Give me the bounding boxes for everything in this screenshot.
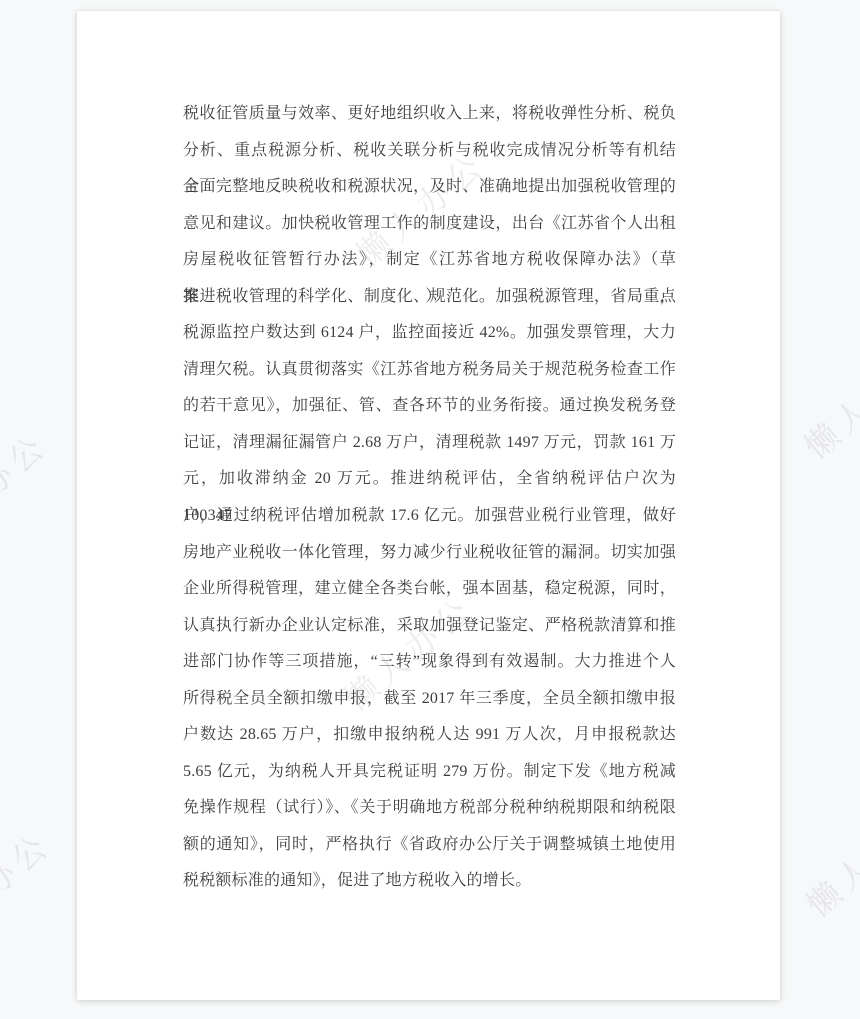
watermark-text: 懒人办公 [0,820,60,956]
text-line: 分析、重点税源分析、税收关联分析与税收完成情况分析等有机结合， [183,133,676,170]
text-line: 进部门协作等三项措施，“三转”现象得到有效遏制。大力推进个人 [183,644,676,681]
text-line: 意见和建议。加快税收管理工作的制度建设，出台《江苏省个人出租 [183,206,676,243]
text-line: 额的通知》，同时，严格执行《省政府办公厅关于调整城镇土地使用 [183,827,676,864]
text-line: 免操作规程（试行）》、《关于明确地方税部分税种纳税期限和纳税限 [183,790,676,827]
text-line: 户数达 28.65 万户，扣缴申报纳税人达 991 万人次，月申报税款达 [183,717,676,754]
text-line: 的若干意见》，加强征、管、查各环节的业务衔接。通过换发税务登 [183,388,676,425]
text-line: 全面完整地反映税收和税源状况，及时、准确地提出加强税收管理的 [183,169,676,206]
text-line: 户，通过纳税评估增加税款 17.6 亿元。加强营业税行业管理，做好 [183,498,676,535]
text-line: 所得税全员全额扣缴申报，截至 2017 年三季度，全员全额扣缴申报 [183,681,676,718]
text-line: 房地产业税收一体化管理，努力减少行业税收征管的漏洞。切实加强 [183,535,676,572]
document-page: 税收征管质量与效率、更好地组织收入上来，将税收弹性分析、税负分析、重点税源分析、… [77,11,780,1000]
text-line: 清理欠税。认真贯彻落实《江苏省地方税务局关于规范税务检查工作 [183,352,676,389]
text-line: 认真执行新办企业认定标准，采取加强登记鉴定、严格税款清算和推 [183,608,676,645]
text-line: 元，加收滞纳金 20 万元。推进纳税评估，全省纳税评估户次为 100347 [183,461,676,498]
text-line: 5.65 亿元，为纳税人开具完税证明 279 万份。制定下发《地方税减 [183,754,676,791]
watermark-text: 懒人办公 [795,790,860,926]
text-line: 推进税收管理的科学化、制度化、规范化。加强税源管理，省局重点 [183,279,676,316]
text-line: 税税额标准的通知》，促进了地方税收入的增长。 [183,863,676,900]
watermark-text: 懒人办公 [0,421,57,557]
text-line: 税收征管质量与效率、更好地组织收入上来，将税收弹性分析、税负 [183,96,676,133]
text-line: 企业所得税管理，建立健全各类台帐，强本固基，稳定税源，同时， [183,571,676,608]
text-line: 房屋税收征管暂行办法》，制定《江苏省地方税收保障办法》（草案）， [183,242,676,279]
text-line: 税源监控户数达到 6124 户，监控面接近 42%。加强发票管理，大力 [183,315,676,352]
document-paragraph: 税收征管质量与效率、更好地组织收入上来，将税收弹性分析、税负分析、重点税源分析、… [183,96,676,900]
watermark-text: 懒人办公 [793,332,860,468]
text-line: 记证，清理漏征漏管户 2.68 万户，清理税款 1497 万元，罚款 161 万 [183,425,676,462]
